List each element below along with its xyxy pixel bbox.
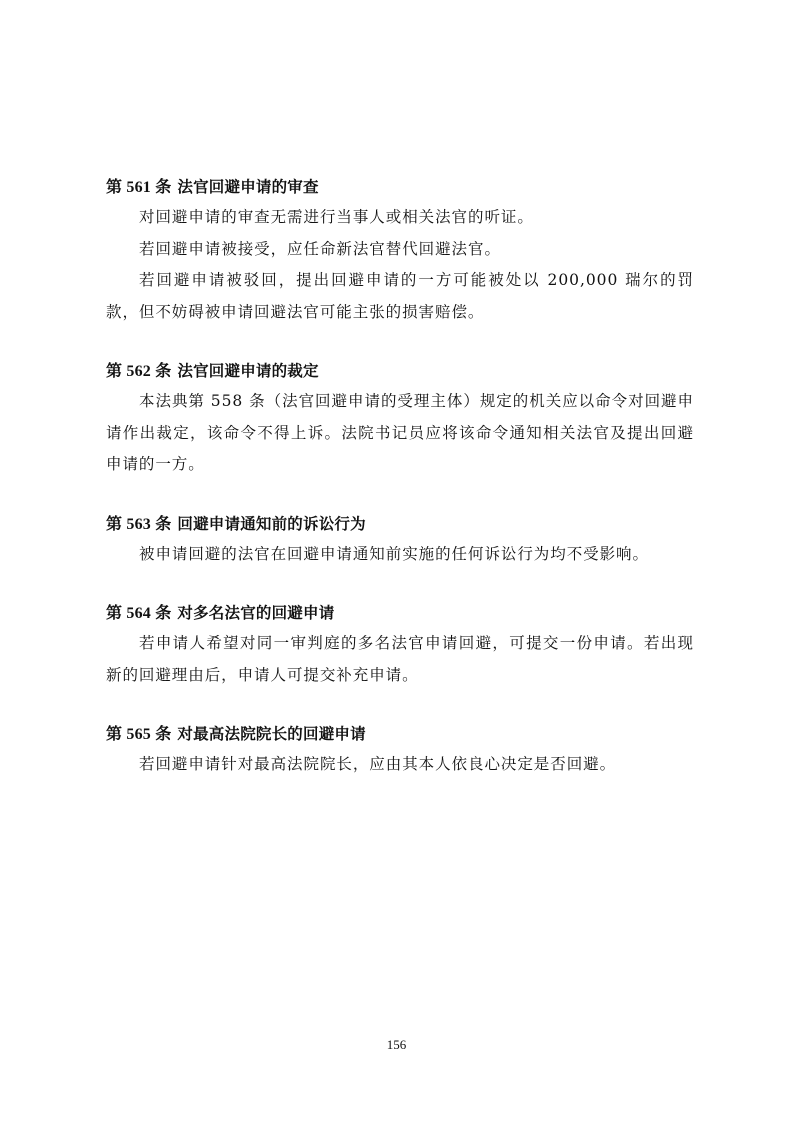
article-number: 第 561 条 [106,179,171,196]
page-content: 第 561 条法官回避申请的审查 对回避申请的审查无需进行当事人或相关法官的听证… [106,172,694,781]
article-563: 第 563 条回避申请通知前的诉讼行为 被申请回避的法官在回避申请通知前实施的任… [106,509,694,571]
article-paragraph: 被申请回避的法官在回避申请通知前实施的任何诉讼行为均不受影响。 [106,539,694,571]
article-title: 回避申请通知前的诉讼行为 [177,514,365,533]
article-number: 第 563 条 [106,516,171,533]
article-number: 第 562 条 [106,363,171,380]
article-paragraph: 若申请人希望对同一审判庭的多名法官申请回避，可提交一份申请。若出现新的回避理由后… [106,628,694,691]
article-561: 第 561 条法官回避申请的审查 对回避申请的审查无需进行当事人或相关法官的听证… [106,172,694,328]
article-paragraph: 若回避申请被接受，应任命新法官替代回避法官。 [106,234,694,266]
article-paragraph: 本法典第 558 条（法官回避申请的受理主体）规定的机关应以命令对回避申请作出裁… [106,386,694,481]
article-number: 第 564 条 [106,605,171,622]
article-number: 第 565 条 [106,726,171,743]
article-heading: 第 565 条对最高法院院长的回避申请 [106,719,694,749]
article-title: 法官回避申请的审查 [177,177,318,196]
article-title: 对多名法官的回避申请 [177,603,334,622]
article-paragraph: 若回避申请被驳回，提出回避申请的一方可能被处以 200,000 瑞尔的罚款，但不… [106,265,694,328]
article-heading: 第 561 条法官回避申请的审查 [106,172,694,202]
article-562: 第 562 条法官回避申请的裁定 本法典第 558 条（法官回避申请的受理主体）… [106,356,694,481]
article-heading: 第 564 条对多名法官的回避申请 [106,598,694,628]
article-paragraph: 对回避申请的审查无需进行当事人或相关法官的听证。 [106,202,694,234]
article-heading: 第 562 条法官回避申请的裁定 [106,356,694,386]
article-title: 法官回避申请的裁定 [177,361,318,380]
article-title: 对最高法院院长的回避申请 [177,724,365,743]
page-number: 156 [0,1037,793,1053]
article-paragraph: 若回避申请针对最高法院院长，应由其本人依良心决定是否回避。 [106,749,694,781]
article-564: 第 564 条对多名法官的回避申请 若申请人希望对同一审判庭的多名法官申请回避，… [106,598,694,691]
article-heading: 第 563 条回避申请通知前的诉讼行为 [106,509,694,539]
article-565: 第 565 条对最高法院院长的回避申请 若回避申请针对最高法院院长，应由其本人依… [106,719,694,781]
